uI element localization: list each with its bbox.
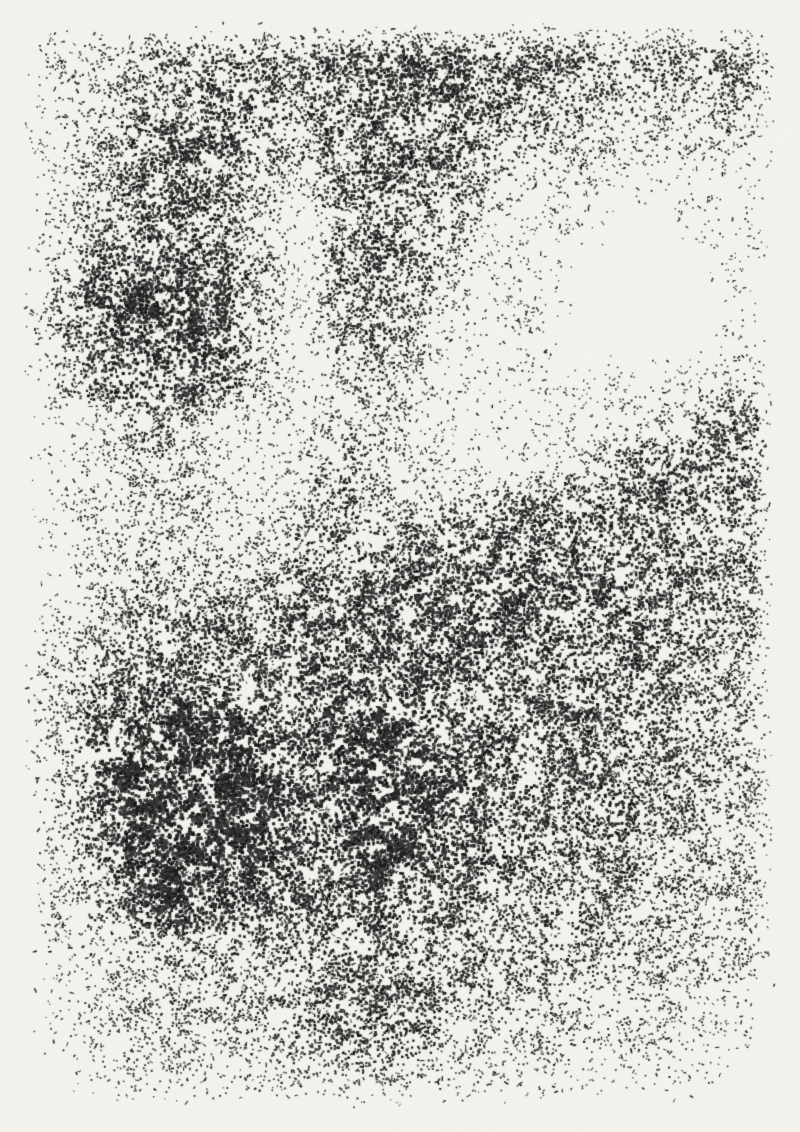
paper-background: [0, 0, 800, 1132]
stipple-photo-canvas: [0, 0, 800, 1132]
